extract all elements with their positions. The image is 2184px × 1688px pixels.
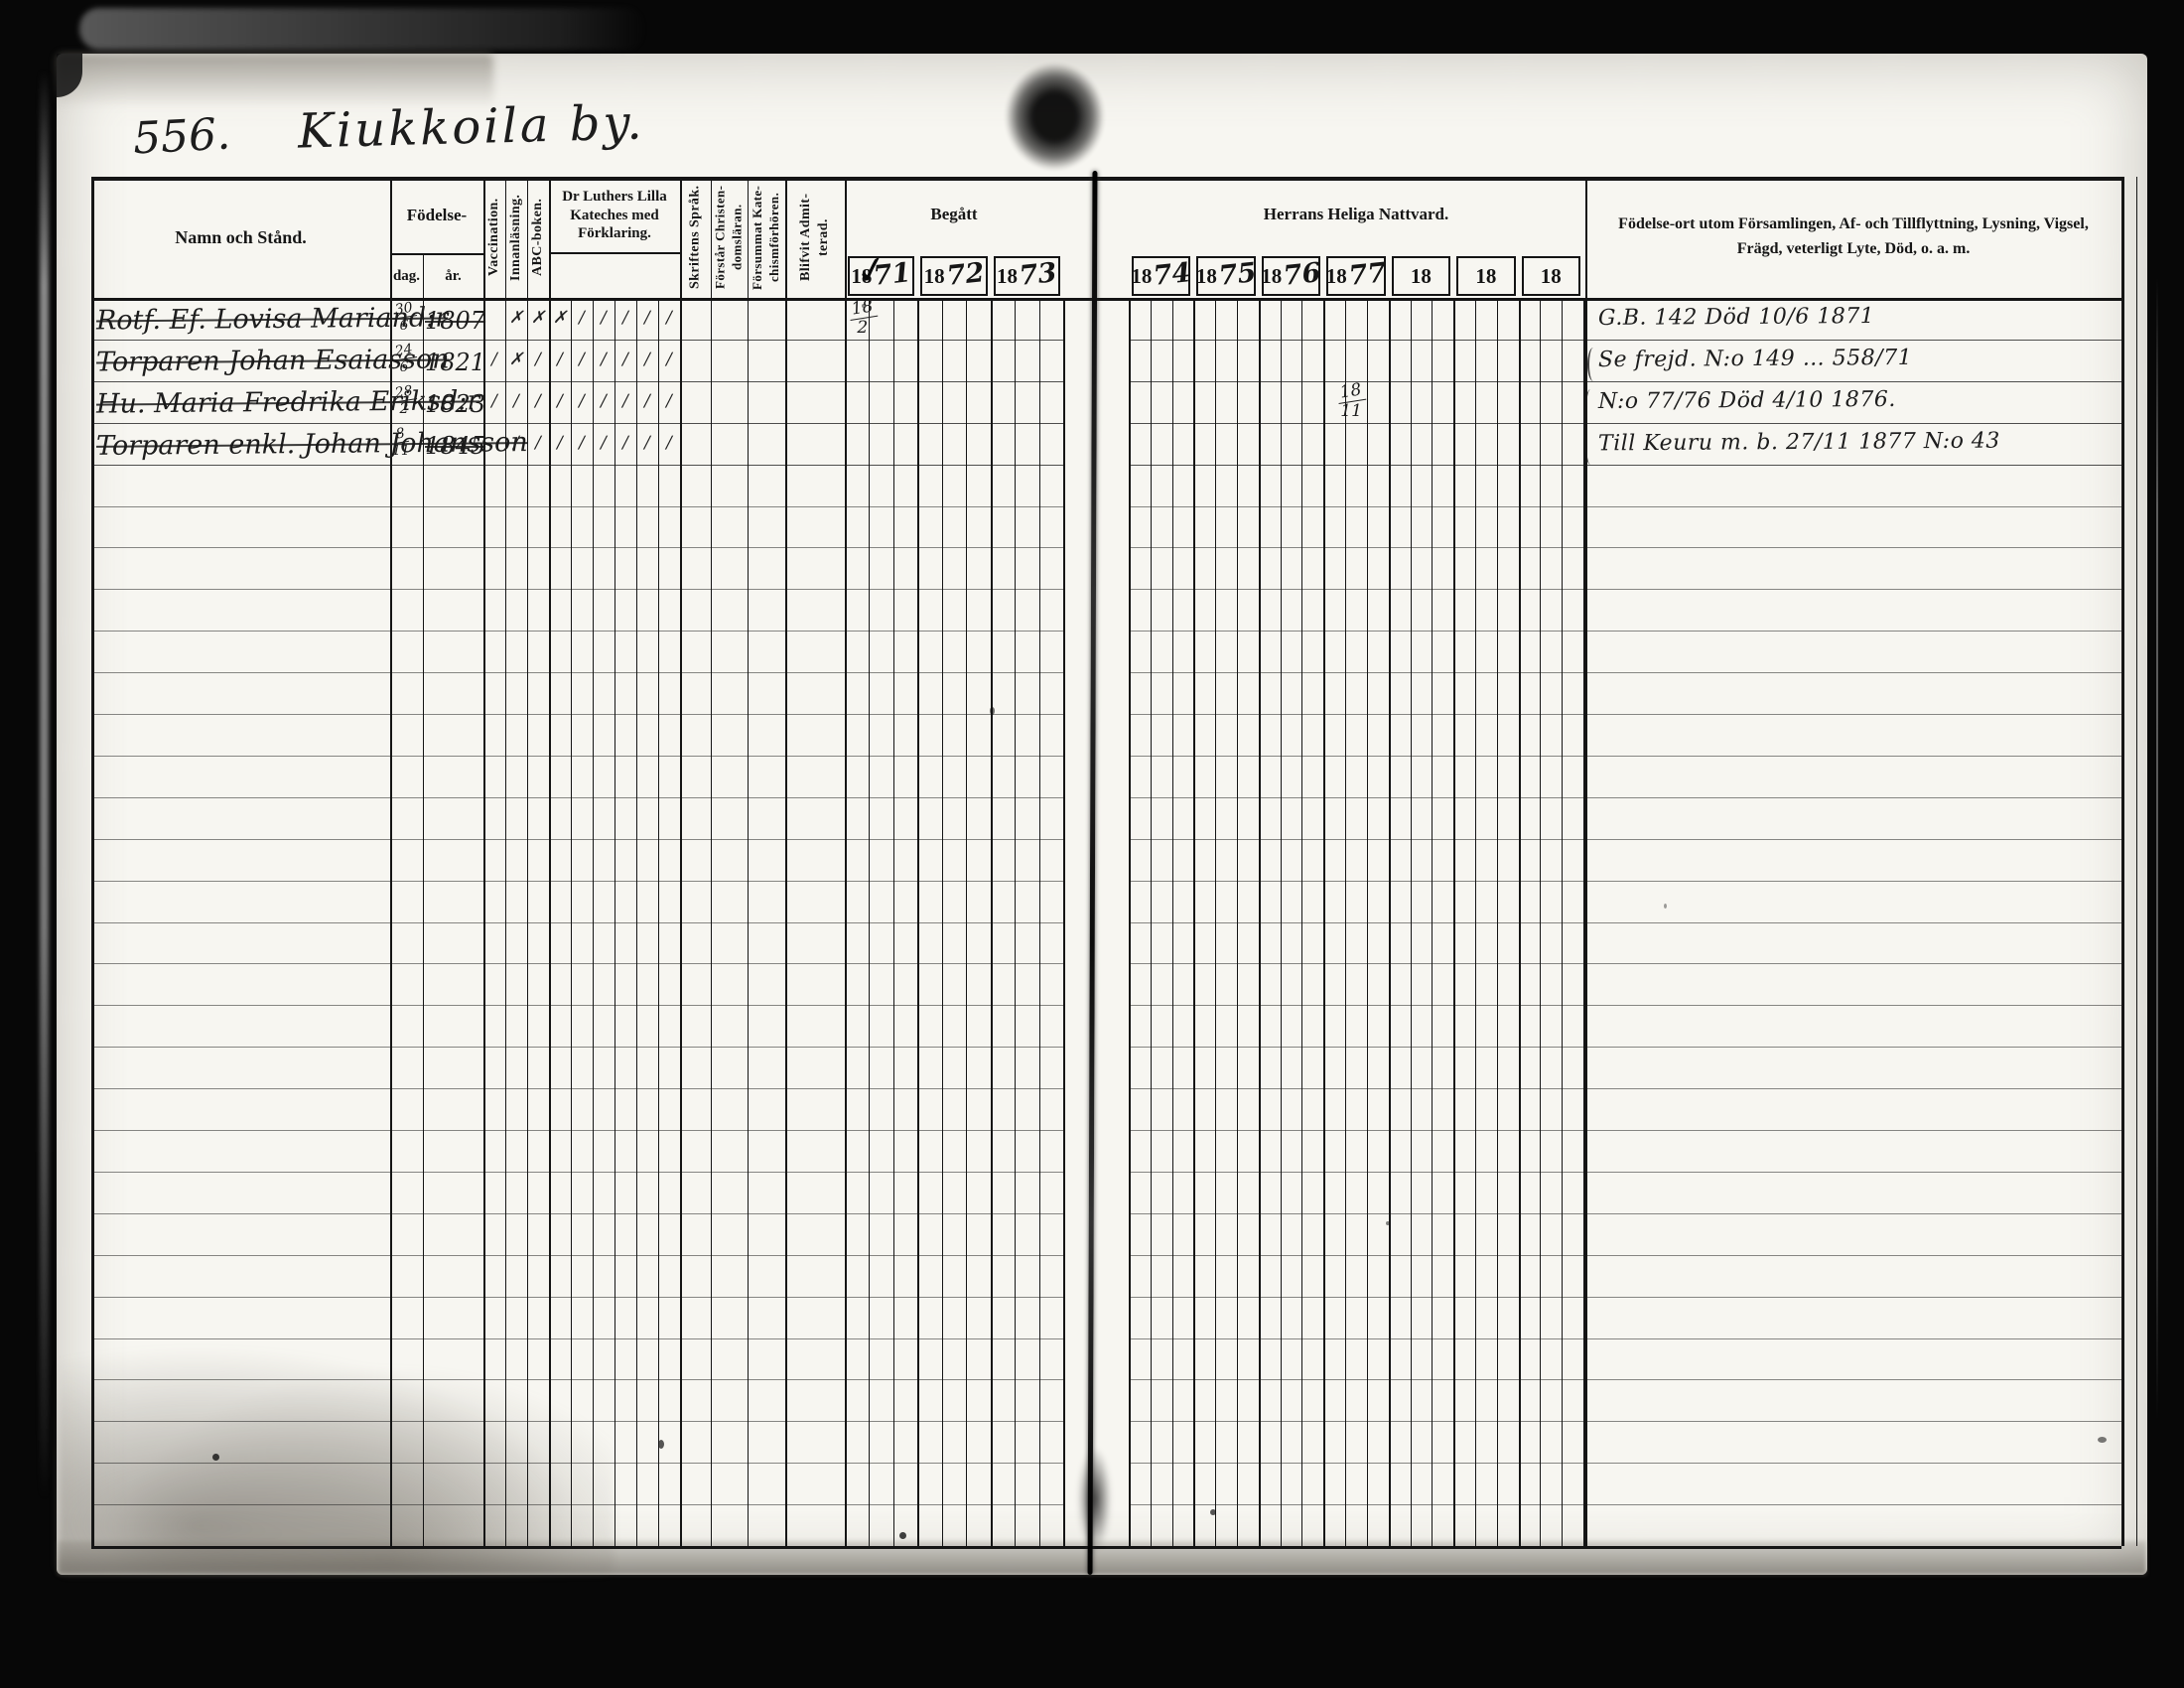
header-herrans-heliga-nattvard: Herrans Heliga Nattvard.	[1129, 177, 1583, 252]
grid-line-vertical	[527, 177, 528, 1546]
header-dag: dag.	[390, 254, 423, 298]
grid-line-horizontal	[91, 1546, 2121, 1549]
header-begatt: Begått	[845, 177, 1063, 252]
progress-mark: ∕	[594, 350, 614, 369]
progress-mark: ∕	[528, 433, 548, 453]
header-vaccination: Vaccination.	[483, 179, 505, 296]
fraction-part: 6	[399, 360, 408, 374]
grid-line-vertical	[845, 177, 847, 1546]
header-kateches: Dr Luthers Lilla Kateches med Förklaring…	[549, 181, 680, 250]
header-innanlasning: Innanläsning.	[505, 179, 527, 296]
year-printed: 18	[1196, 264, 1217, 289]
grid-line-horizontal	[91, 631, 1063, 632]
fraction-part: 18	[1336, 381, 1366, 404]
birth-day-month: 811	[392, 427, 410, 458]
grid-line-vertical	[91, 177, 94, 1546]
birth-year: 1807	[425, 307, 485, 335]
progress-mark: ∕	[506, 391, 526, 411]
grid-line-horizontal	[91, 672, 1063, 673]
grid-line-horizontal	[1129, 714, 2121, 715]
grid-line-horizontal	[91, 1047, 1063, 1048]
grid-line-horizontal	[91, 1255, 1063, 1256]
progress-mark: ✗	[550, 308, 570, 328]
communion-date-note: 182	[849, 300, 877, 337]
fraction-part: 2	[399, 402, 408, 416]
margin-annotation: Se frejd. N:o 149 … 558/71	[1598, 346, 1912, 372]
fraction-part: 8	[392, 426, 409, 444]
grid-line-horizontal	[1129, 1504, 2121, 1505]
grid-line-horizontal	[1129, 1255, 2121, 1256]
year-handwritten: 72	[945, 257, 986, 292]
grid-line-vertical	[785, 177, 787, 1546]
grid-line-horizontal	[1129, 963, 2121, 964]
grid-line-horizontal	[91, 547, 1063, 548]
year-cell-nattvard: 1876	[1262, 256, 1320, 296]
header-abc-boken: ABC-boken.	[527, 179, 549, 296]
year-cell-nattvard: 1874	[1132, 256, 1190, 296]
grid-line-vertical	[2121, 177, 2124, 1546]
grid-line-vertical	[390, 177, 392, 1546]
grid-line-horizontal	[1129, 1463, 2121, 1464]
progress-mark: ∕	[615, 308, 635, 328]
fraction-part: 24	[391, 342, 417, 361]
progress-mark: ∕	[637, 433, 657, 453]
grid-line-vertical	[1063, 298, 1065, 1546]
grid-line-horizontal	[91, 1005, 1063, 1006]
grid-line-horizontal	[1129, 589, 2121, 590]
grid-line-horizontal	[91, 963, 1063, 964]
header-forstar-christendomslaran: Förstår Christen- domsläran.	[711, 179, 748, 296]
fraction-part: 11	[392, 444, 410, 458]
birth-year: 1845	[425, 432, 485, 460]
grid-line-horizontal	[1129, 881, 2121, 882]
year-cell-nattvard: 18	[1456, 256, 1515, 296]
grid-line-horizontal	[91, 1463, 1063, 1464]
progress-mark: ✗	[506, 350, 526, 369]
grid-line-horizontal	[1129, 381, 2121, 382]
progress-mark: ∕	[572, 308, 592, 328]
header-blifvit-admitterad: Blifvit Admit- terad.	[785, 179, 845, 296]
grid-line-horizontal	[1129, 1172, 2121, 1173]
year-printed: 18	[997, 264, 1018, 289]
page-edge-highlight-left	[40, 70, 49, 1499]
year-printed: 18	[1541, 264, 1562, 289]
grid-line-horizontal	[91, 756, 1063, 757]
year-handwritten: 75	[1217, 257, 1258, 292]
grid-line-vertical	[549, 177, 551, 1546]
fraction-part: 30	[391, 300, 417, 320]
year-cell-nattvard: 1875	[1196, 256, 1255, 296]
header-ar: år.	[423, 254, 483, 298]
progress-mark: ∕	[550, 391, 570, 411]
progress-mark: ∕	[637, 350, 657, 369]
grid-line-horizontal	[91, 1379, 1063, 1380]
grid-line-vertical	[748, 177, 749, 1546]
grid-line-horizontal	[1129, 1338, 2121, 1339]
progress-mark: ∕	[550, 350, 570, 369]
year-cell-begatt: 1873	[994, 256, 1060, 296]
grid-line-horizontal	[1129, 1047, 2121, 1048]
grid-line-horizontal	[1129, 1379, 2121, 1380]
progress-mark: ∕	[572, 391, 592, 411]
communion-date-note: 1811	[1337, 383, 1365, 420]
grid-line-vertical	[2136, 177, 2137, 1546]
grid-line-vertical	[505, 177, 506, 1546]
grid-line-horizontal	[1129, 756, 2121, 757]
progress-mark: ∕	[659, 391, 679, 411]
grid-line-horizontal	[91, 1088, 1063, 1089]
annotation-brace-rows3-4	[1583, 389, 1597, 465]
progress-mark: ∕	[528, 391, 548, 411]
year-printed: 18	[1326, 264, 1347, 289]
header-fodelse: Födelse-	[390, 181, 483, 250]
entry-name: Hu. Maria Fredrika Eriksd:r	[96, 384, 480, 423]
progress-mark: ∕	[615, 433, 635, 453]
grid-line-horizontal	[91, 1504, 1063, 1505]
grid-line-horizontal	[1129, 631, 2121, 632]
progress-mark: ∕	[594, 308, 614, 328]
header-namn-och-stand: Namn och Stånd.	[91, 179, 390, 296]
margin-annotation: Till Keuru m. b. 27/11 1877 N:o 43	[1598, 428, 2000, 456]
progress-mark: ∕	[594, 391, 614, 411]
grid-line-vertical	[711, 177, 712, 1546]
grid-line-horizontal	[91, 340, 1063, 341]
grid-line-horizontal	[1129, 465, 2121, 466]
grid-line-horizontal	[1129, 423, 2121, 424]
grid-line-vertical	[483, 177, 485, 1546]
progress-mark: ∕	[484, 350, 504, 369]
fraction-part: 28	[391, 383, 417, 403]
year-printed: 18	[1131, 264, 1152, 289]
birth-year: 1821	[425, 349, 485, 376]
fraction-part: 11	[1340, 403, 1362, 420]
grid-line-horizontal	[91, 839, 1063, 840]
grid-line-horizontal	[91, 1297, 1063, 1298]
year-printed: 18	[1261, 264, 1282, 289]
grid-line-vertical	[1585, 177, 1587, 1546]
year-handwritten: 73	[1018, 257, 1058, 292]
grid-line-horizontal	[91, 1130, 1063, 1131]
grid-line-horizontal	[1129, 922, 2121, 923]
progress-mark: ✗	[528, 308, 548, 328]
year-cell-nattvard: 18	[1392, 256, 1450, 296]
birth-day-month: 282	[392, 385, 416, 416]
margin-annotation: N:o 77/76 Död 4/10 1876.	[1598, 387, 1896, 414]
year-printed: 18	[1411, 264, 1432, 289]
progress-mark: ∕	[506, 433, 526, 453]
grid-line-horizontal	[1129, 1421, 2121, 1422]
grid-line-vertical	[680, 177, 682, 1546]
grid-line-horizontal	[91, 1338, 1063, 1339]
progress-mark: ∕	[615, 350, 635, 369]
grid-line-horizontal	[91, 1213, 1063, 1214]
page-title: Kiukkoila by.	[297, 94, 645, 159]
year-printed: 18	[924, 264, 945, 289]
grid-line-horizontal	[1129, 1130, 2121, 1131]
fraction-part: 6	[399, 319, 408, 333]
year-cell-nattvard: 1877	[1326, 256, 1385, 296]
year-handwritten: 74	[1153, 257, 1193, 292]
page-stack-edge-right	[2156, 278, 2158, 1420]
grid-line-horizontal	[91, 922, 1063, 923]
header-skriftens-sprak: Skriftens Språk.	[680, 179, 711, 296]
fraction-part: 18	[848, 298, 878, 321]
progress-mark: ∕	[637, 308, 657, 328]
grid-line-horizontal	[91, 1172, 1063, 1173]
birth-year: 1823	[425, 390, 485, 418]
grid-line-horizontal	[91, 506, 1063, 507]
grid-line-horizontal	[1129, 839, 2121, 840]
progress-mark: ✗	[506, 308, 526, 328]
progress-mark: ∕	[659, 308, 679, 328]
page-number: 556.	[132, 108, 232, 164]
progress-mark: ∕	[594, 433, 614, 453]
grid-line-horizontal	[1129, 1088, 2121, 1089]
progress-mark: ∕	[659, 350, 679, 369]
grid-line-horizontal	[1129, 1005, 2121, 1006]
birth-day-month: 246	[392, 344, 416, 374]
grid-line-horizontal	[1129, 1213, 2121, 1214]
header-fodelseort-anteckningar: Födelse-ort utom Församlingen, Af- och T…	[1590, 179, 2116, 296]
fraction-part: 2	[857, 320, 868, 337]
header-forsummat-katechesforhoren: Försummat Kate- chismförhören.	[748, 179, 785, 296]
birth-day-month: 306	[392, 302, 416, 333]
grid-line-horizontal	[91, 465, 1063, 466]
grid-line-horizontal	[1129, 672, 2121, 673]
margin-annotation: G.B. 142 Död 10/6 1871	[1598, 304, 1874, 331]
progress-mark: ∕	[484, 391, 504, 411]
year-cell-begatt: 1872	[920, 256, 987, 296]
scan-smudge-top-edge	[79, 8, 645, 50]
grid-line-horizontal	[91, 589, 1063, 590]
progress-mark: ∕	[659, 433, 679, 453]
year-handwritten: 76	[1283, 257, 1323, 292]
grid-line-horizontal	[91, 381, 1063, 382]
year-printed: 18	[1475, 264, 1496, 289]
grid-line-horizontal	[91, 423, 1063, 424]
grid-line-horizontal	[91, 298, 2121, 301]
progress-mark: ∕	[637, 391, 657, 411]
progress-mark: ∕	[528, 350, 548, 369]
progress-mark: ∕	[572, 350, 592, 369]
grid-line-horizontal	[1129, 340, 2121, 341]
grid-line-horizontal	[91, 714, 1063, 715]
grid-line-horizontal	[91, 1421, 1063, 1422]
progress-mark: ∕	[550, 433, 570, 453]
grid-line-horizontal	[1129, 547, 2121, 548]
year-cell-nattvard: 18	[1522, 256, 1580, 296]
year-cell-begatt: 1871✓	[848, 256, 914, 296]
grid-line-horizontal	[91, 881, 1063, 882]
grid-line-horizontal	[1129, 506, 2121, 507]
grid-line-horizontal	[1129, 1297, 2121, 1298]
scanned-ledger-document: 556. Kiukkoila by. Namn och Stånd. Födel…	[0, 0, 2184, 1688]
grid-line-horizontal	[1129, 797, 2121, 798]
year-handwritten: 77	[1347, 257, 1388, 292]
progress-mark: ∕	[572, 433, 592, 453]
grid-line-horizontal	[549, 252, 680, 254]
grid-line-horizontal	[91, 797, 1063, 798]
progress-mark: ∕	[615, 391, 635, 411]
